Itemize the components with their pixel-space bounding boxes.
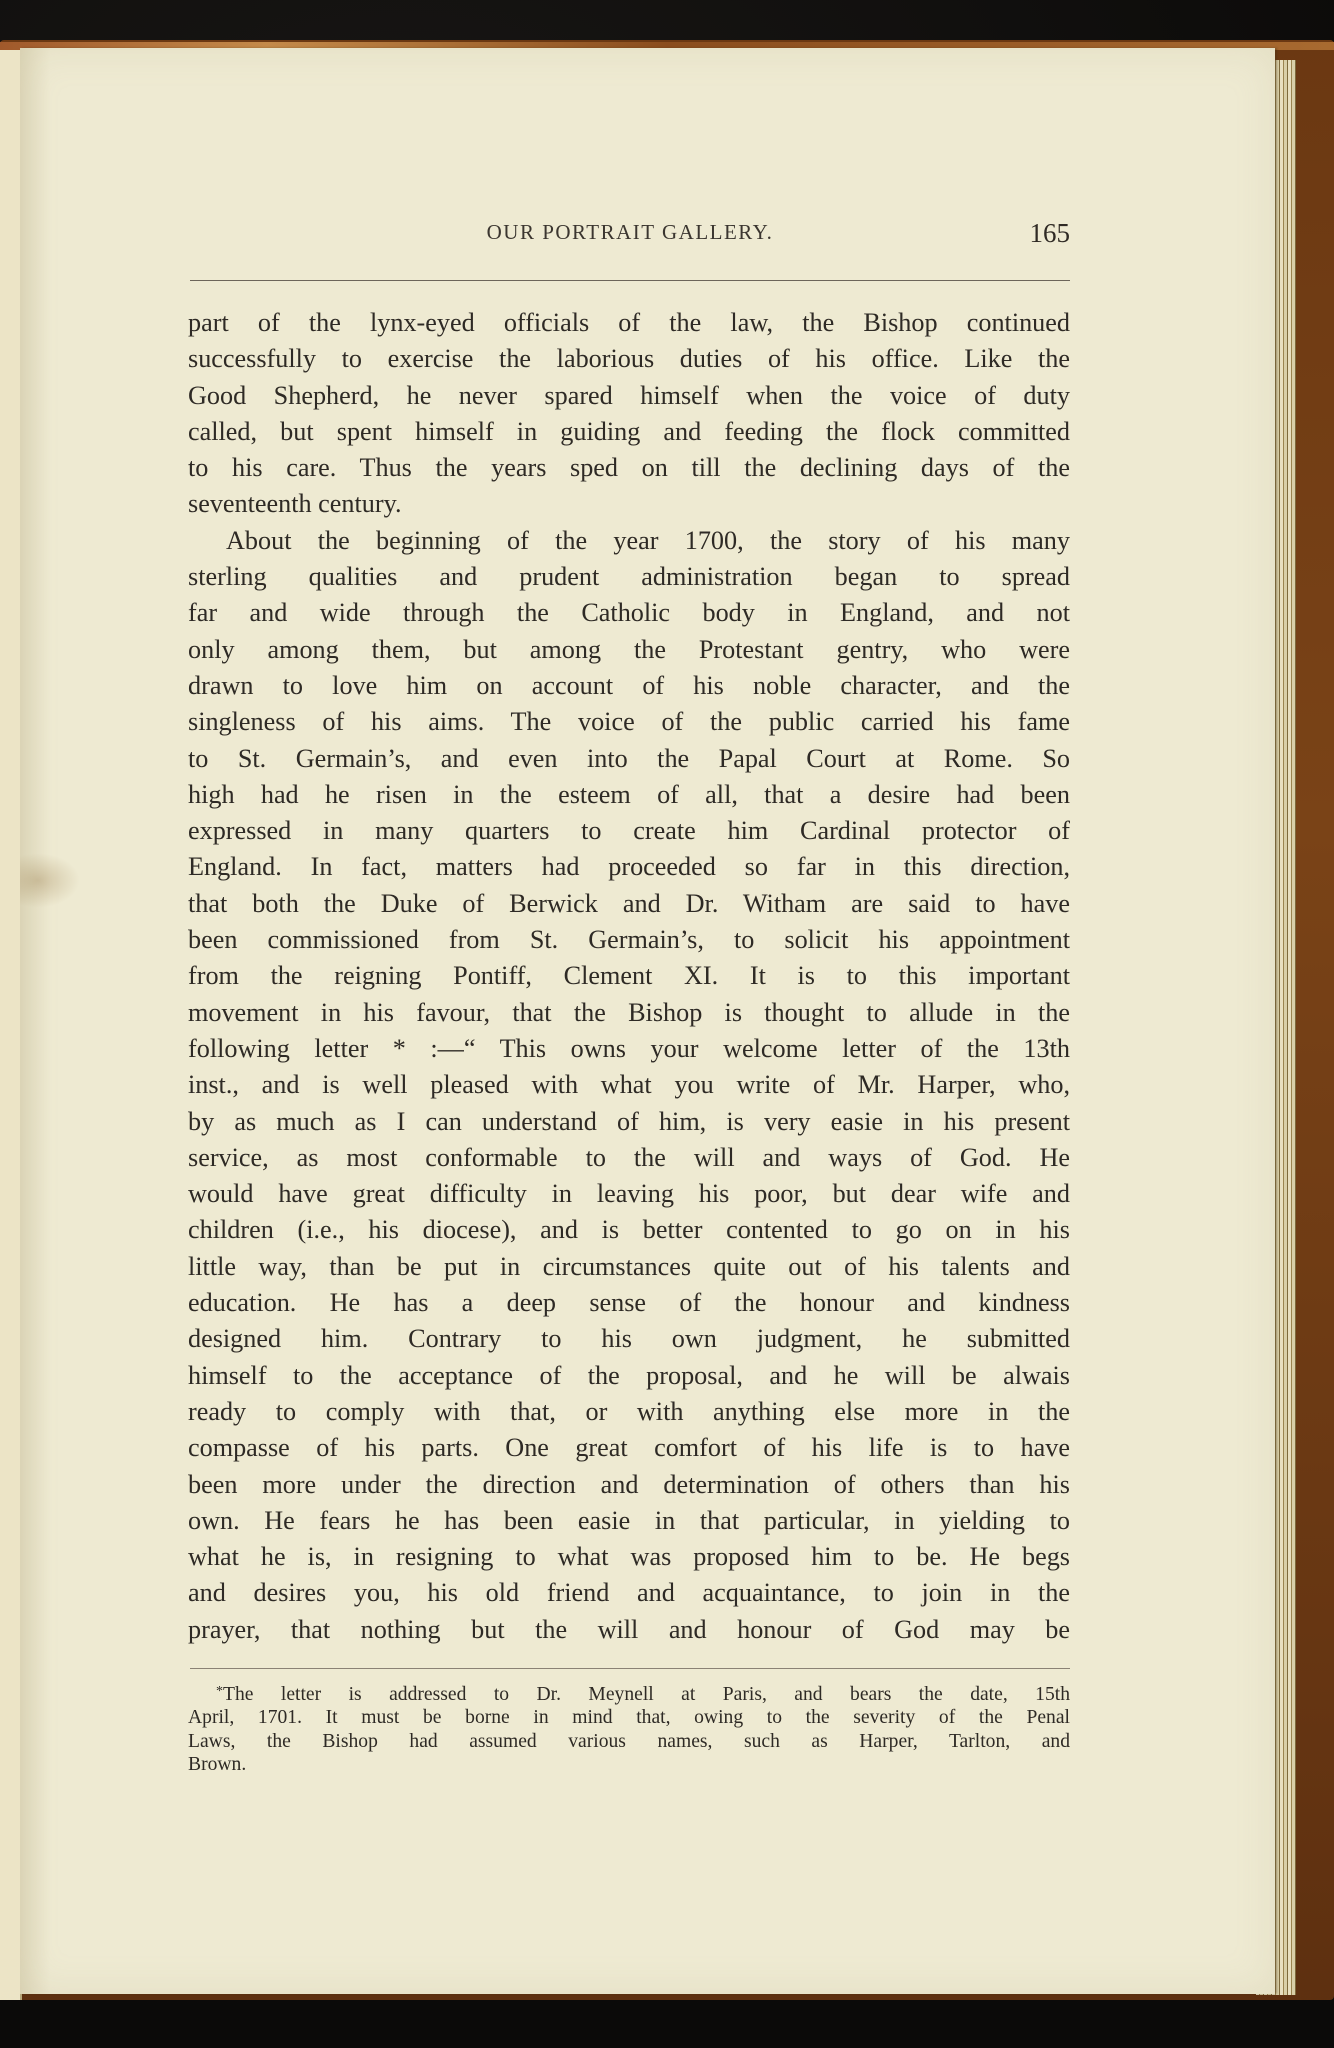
- text-line: what he is, in resigning to what was pro…: [188, 1539, 1070, 1575]
- text-line: from the reigning Pontiff, Clement XI. I…: [188, 958, 1070, 994]
- text-line: service, as most conformable to the will…: [188, 1140, 1070, 1176]
- footnote-line: Brown.: [188, 1753, 1070, 1776]
- text-line: seventeenth century.: [188, 486, 1070, 522]
- text-line: children (i.e., his diocese), and is bet…: [188, 1212, 1070, 1248]
- text-line: movement in his favour, that the Bishop …: [188, 995, 1070, 1031]
- text-line: called, but spent himself in guiding and…: [188, 414, 1070, 450]
- footnote-rule: [190, 1668, 1070, 1669]
- header-rule: [190, 280, 1070, 281]
- text-line: Good Shepherd, he never spared himself w…: [188, 378, 1070, 414]
- text-line: himself to the acceptance of the proposa…: [188, 1358, 1070, 1394]
- paragraph-1: part of the lynx-eyed officials of the l…: [188, 305, 1070, 523]
- text-line: own. He fears he has been easie in that …: [188, 1503, 1070, 1539]
- text-line: only among them, but among the Protestan…: [188, 632, 1070, 668]
- text-line: far and wide through the Catholic body i…: [188, 595, 1070, 631]
- text-line: by as much as I can understand of him, i…: [188, 1104, 1070, 1140]
- page-crease: [20, 853, 80, 908]
- footnote-line: Laws, the Bishop had assumed various nam…: [188, 1730, 1070, 1753]
- text-line: prayer, that nothing but the will and ho…: [188, 1612, 1070, 1648]
- text-line: high had he risen in the esteem of all, …: [188, 777, 1070, 813]
- page-header: OUR PORTRAIT GALLERY. 165: [190, 220, 1070, 260]
- footnote-reference-line: following letter * :—“ This owns your we…: [188, 1031, 1070, 1067]
- text-line: drawn to love him on account of his nobl…: [188, 668, 1070, 704]
- text-line: part of the lynx-eyed officials of the l…: [188, 305, 1070, 341]
- running-title: OUR PORTRAIT GALLERY.: [190, 220, 1070, 245]
- text-line: About the beginning of the year 1700, th…: [188, 523, 1070, 559]
- text-line: singleness of his aims. The voice of the…: [188, 704, 1070, 740]
- text-line: inst., and is well pleased with what you…: [188, 1067, 1070, 1103]
- text-line: been commissioned from St. Germain’s, to…: [188, 922, 1070, 958]
- footnote-line: *The letter is addressed to Dr. Meynell …: [188, 1680, 1070, 1706]
- footnote-text: The letter is addressed to Dr. Meynell a…: [223, 1684, 1070, 1705]
- text-line: to St. Germain’s, and even into the Papa…: [188, 741, 1070, 777]
- footnote-marker: *: [216, 1684, 223, 1699]
- text-line: England. In fact, matters had proceeded …: [188, 849, 1070, 885]
- text-line: compasse of his parts. One great comfort…: [188, 1430, 1070, 1466]
- text-line: been more under the direction and determ…: [188, 1467, 1070, 1503]
- left-page-edge: [0, 50, 22, 2000]
- text-line: little way, than be put in circumstances…: [188, 1249, 1070, 1285]
- text-line: and desires you, his old friend and acqu…: [188, 1575, 1070, 1611]
- text-line: to his care. Thus the years sped on till…: [188, 450, 1070, 486]
- text-line: ready to comply with that, or with anyth…: [188, 1394, 1070, 1430]
- footnote: *The letter is addressed to Dr. Meynell …: [188, 1680, 1070, 1776]
- text-line: sterling qualities and prudent administr…: [188, 559, 1070, 595]
- text-line: successfully to exercise the laborious d…: [188, 341, 1070, 377]
- paragraph-2: About the beginning of the year 1700, th…: [188, 523, 1070, 1648]
- text-line: education. He has a deep sense of the ho…: [188, 1285, 1070, 1321]
- text-line: would have great difficulty in leaving h…: [188, 1176, 1070, 1212]
- page-number: 165: [1030, 218, 1071, 249]
- body-text: part of the lynx-eyed officials of the l…: [188, 305, 1070, 1648]
- text-line: expressed in many quarters to create him…: [188, 813, 1070, 849]
- text-line: designed him. Contrary to his own judgme…: [188, 1321, 1070, 1357]
- text-line: that both the Duke of Berwick and Dr. Wi…: [188, 886, 1070, 922]
- footnote-line: April, 1701. It must be borne in mind th…: [188, 1706, 1070, 1729]
- gutter-shadow: [20, 48, 50, 1994]
